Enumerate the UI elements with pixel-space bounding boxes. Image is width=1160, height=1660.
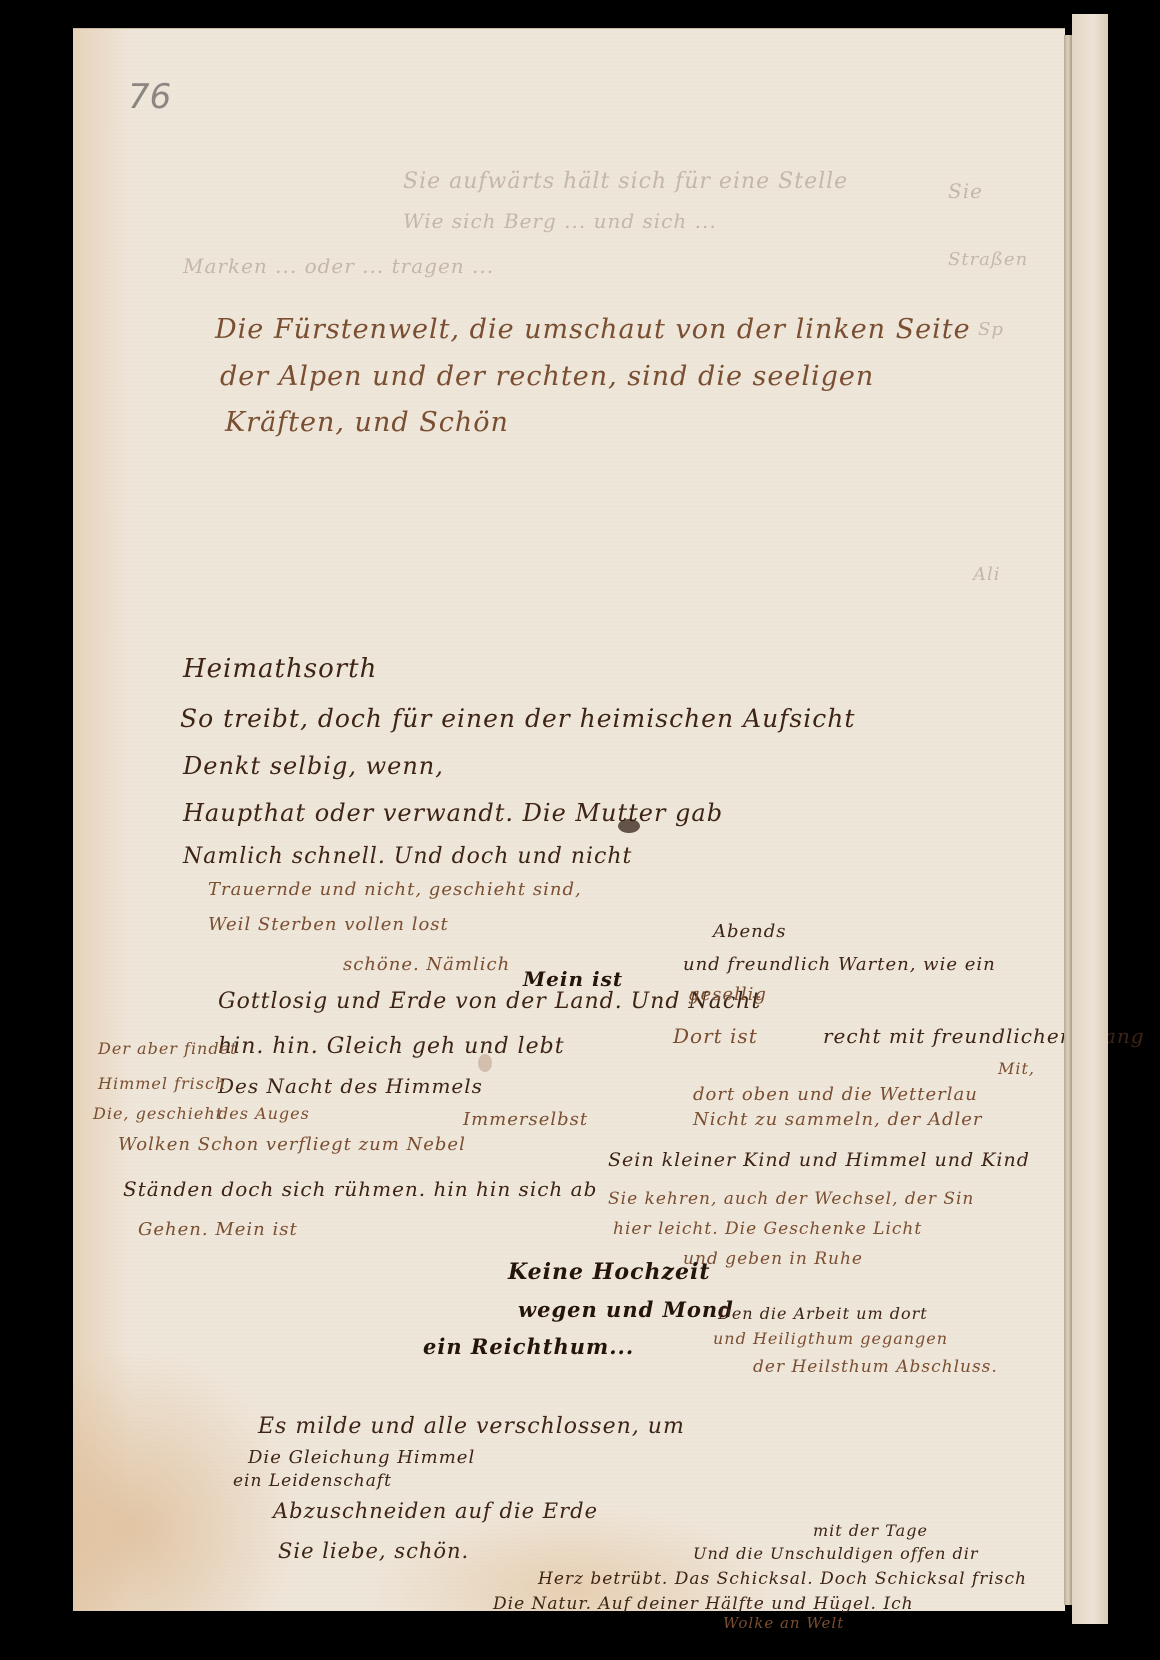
- top-line: der Alpen und der rechten, sind die seel…: [220, 361, 874, 392]
- main-line: Gottlosig und Erde von der Land. Und Nac…: [218, 989, 761, 1014]
- ink-blot: [618, 819, 640, 833]
- right-line: hier leicht. Die Geschenke Licht: [613, 1219, 922, 1239]
- top-line: Kräften, und Schön: [225, 407, 509, 438]
- left-margin-note: Der aber findet: [98, 1039, 238, 1058]
- main-line: des Auges: [218, 1104, 310, 1123]
- margin-note: Sie: [948, 179, 983, 203]
- faint-line: Wie sich Berg ... und sich ...: [403, 209, 717, 233]
- right-line: dort oben und die Wetterlau: [693, 1084, 978, 1105]
- bottom-line: Es milde und alle verschlossen, um: [258, 1414, 685, 1439]
- main-line: Weil Sterben vollen lost: [208, 914, 449, 935]
- bottom-right-line: Wolke an Welt: [723, 1614, 844, 1632]
- bottom-line: Abzuschneiden auf die Erde: [273, 1499, 598, 1523]
- bottom-line: Sie liebe, schön.: [278, 1539, 469, 1563]
- margin-note: Sp: [978, 319, 1004, 340]
- right-line: und freundlich Warten, wie ein: [683, 954, 996, 975]
- right-line: Sein kleiner Kind und Himmel und Kind: [608, 1149, 1030, 1171]
- binding-spine: [1064, 35, 1072, 1605]
- folio-number: 76: [128, 77, 171, 117]
- main-line: Des Nacht des Himmels: [218, 1074, 483, 1098]
- bottom-line: Die Gleichung Himmel: [248, 1447, 475, 1468]
- main-line: Wolken Schon verfliegt zum Nebel: [118, 1134, 466, 1155]
- main-line: Mein ist: [523, 967, 623, 991]
- faint-line: Sie aufwärts hält sich für eine Stelle: [403, 169, 848, 194]
- bottom-right-line: mit der Tage: [813, 1521, 928, 1540]
- right-line: Sie kehren, auch der Wechsel, der Sin: [608, 1189, 974, 1209]
- right-lower-line: der Heilsthum Abschluss.: [753, 1357, 998, 1377]
- ink-blot: [478, 1054, 492, 1072]
- right-lower-line: Den die Arbeit um dort: [718, 1304, 928, 1323]
- main-line: So treibt, doch für einen der heimischen…: [180, 704, 855, 733]
- right-line: Dort ist: [673, 1024, 758, 1048]
- top-line: Die Fürstenwelt, die umschaut von der li…: [215, 314, 971, 345]
- margin-note: Ali: [973, 564, 1001, 585]
- main-heading: Heimathsorth: [183, 654, 377, 684]
- main-line: hin. hin. Gleich geh und lebt: [218, 1034, 565, 1059]
- center-line: Keine Hochzeit: [508, 1259, 711, 1285]
- center-line: ein Reichthum...: [423, 1334, 634, 1359]
- manuscript-page: 76 Sie aufwärts hält sich für eine Stell…: [73, 28, 1065, 1611]
- main-line: Gehen. Mein ist: [138, 1219, 298, 1240]
- right-line: Nicht zu sammeln, der Adler: [693, 1109, 983, 1130]
- bottom-right-line: Die Natur. Auf deiner Hälfte und Hügel. …: [493, 1594, 914, 1614]
- right-line: Mit,: [998, 1059, 1035, 1078]
- faint-line: Marken ... oder ... tragen ...: [183, 254, 494, 278]
- right-line: Immerselbst: [463, 1109, 588, 1130]
- right-line: Abends: [713, 921, 787, 942]
- margin-note: Straßen: [948, 249, 1028, 270]
- main-line: Namlich schnell. Und doch und nicht: [183, 844, 632, 869]
- right-line: gesellig: [688, 984, 767, 1005]
- main-line: Haupthat oder verwandt. Die Mutter gab: [183, 799, 723, 827]
- right-lower-line: und Heiligthum gegangen: [713, 1329, 948, 1348]
- left-margin-note: Himmel frisch: [98, 1074, 226, 1093]
- main-line: schöne. Nämlich: [343, 954, 510, 975]
- bottom-right-line: Und die Unschuldigen offen dir: [693, 1544, 979, 1563]
- bottom-right-line: Herz betrübt. Das Schicksal. Doch Schick…: [538, 1569, 1027, 1589]
- main-line: Trauernde und nicht, geschieht sind,: [208, 879, 582, 900]
- adjacent-leaf: [1072, 14, 1108, 1624]
- left-margin-note: Die, geschieht: [93, 1104, 223, 1123]
- main-line: Ständen doch sich rühmen. hin hin sich a…: [123, 1177, 597, 1201]
- bottom-line: ein Leidenschaft: [233, 1471, 392, 1491]
- center-line: wegen und Mond: [518, 1297, 734, 1322]
- main-line: Denkt selbig, wenn,: [183, 752, 444, 780]
